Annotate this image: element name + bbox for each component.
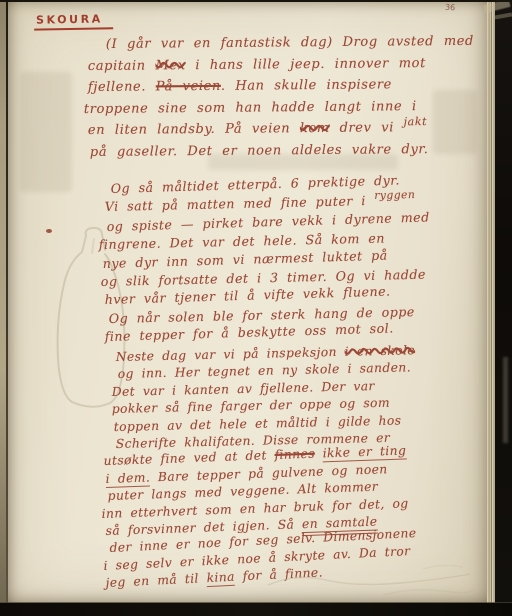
handwriting-line: på gaseller. Det er noen aldeles vakre d…: [90, 138, 474, 163]
handwriting-segment: capitain: [88, 58, 156, 74]
page-stack-edges: [487, 0, 495, 616]
pencil-scribble: [263, 557, 478, 602]
handwriting-segment: finnes: [274, 447, 315, 462]
handwriting-segment: ryggen: [374, 188, 415, 202]
handwriting-segment: i en skole: [345, 343, 416, 359]
handwriting-segment: kina: [206, 570, 235, 587]
edge-highlight: [503, 357, 508, 443]
handwriting-segment: troppene sine som han hadde langt inne i: [84, 99, 417, 117]
handwriting-segment: Mex: [155, 58, 185, 73]
book-bottom-edge: [0, 603, 512, 616]
handwriting-segment: i dem.: [105, 470, 150, 488]
handwriting-line: en liten landsby. På veien kom drev vi j…: [88, 117, 474, 142]
handwriting-line: (I går var en fantastisk dag) Drog avste…: [106, 31, 474, 56]
diary-paragraph-1: (I går var en fantastisk dag) Drog avste…: [88, 34, 474, 163]
manuscript-photo: SKOURA 36 (I går var en fantastisk dag) …: [0, 0, 512, 616]
book-top-edge: [0, 0, 512, 2]
page-title: SKOURA: [34, 12, 113, 30]
handwriting-segment: jeg en må til: [105, 571, 207, 590]
handwriting-segment: . Han skulle inspisere: [221, 77, 392, 93]
diary-page: SKOURA 36 (I går var en fantastisk dag) …: [8, 2, 489, 603]
handwriting-line: fjellene. På veien. Han skulle inspisere: [88, 74, 474, 99]
handwriting-segment: drev vi: [330, 120, 404, 136]
handwriting-segment: i hans lille jeep. innover mot: [186, 56, 426, 73]
book-right-edge: [495, 0, 512, 616]
handwriting-segment: kom: [300, 121, 330, 136]
handwriting-segment: På veien: [156, 79, 221, 95]
page-number: 36: [445, 3, 456, 13]
handwriting-segment: fjellene.: [88, 79, 156, 95]
page-header: SKOURA: [34, 7, 113, 30]
diary-paragraph-2: Og så måltidet etterpå. 6 prektige dyr.V…: [103, 180, 430, 347]
handwriting-segment: (I går var en fantastisk dag) Drog avste…: [106, 34, 474, 52]
handwriting-segment: en liten landsby. På veien: [88, 121, 300, 138]
handwriting-segment: jakt: [404, 115, 428, 128]
bleedthrough-mark: [20, 72, 72, 192]
handwriting-segment: på gaseller. Det er noen aldeles vakre d…: [90, 142, 429, 160]
